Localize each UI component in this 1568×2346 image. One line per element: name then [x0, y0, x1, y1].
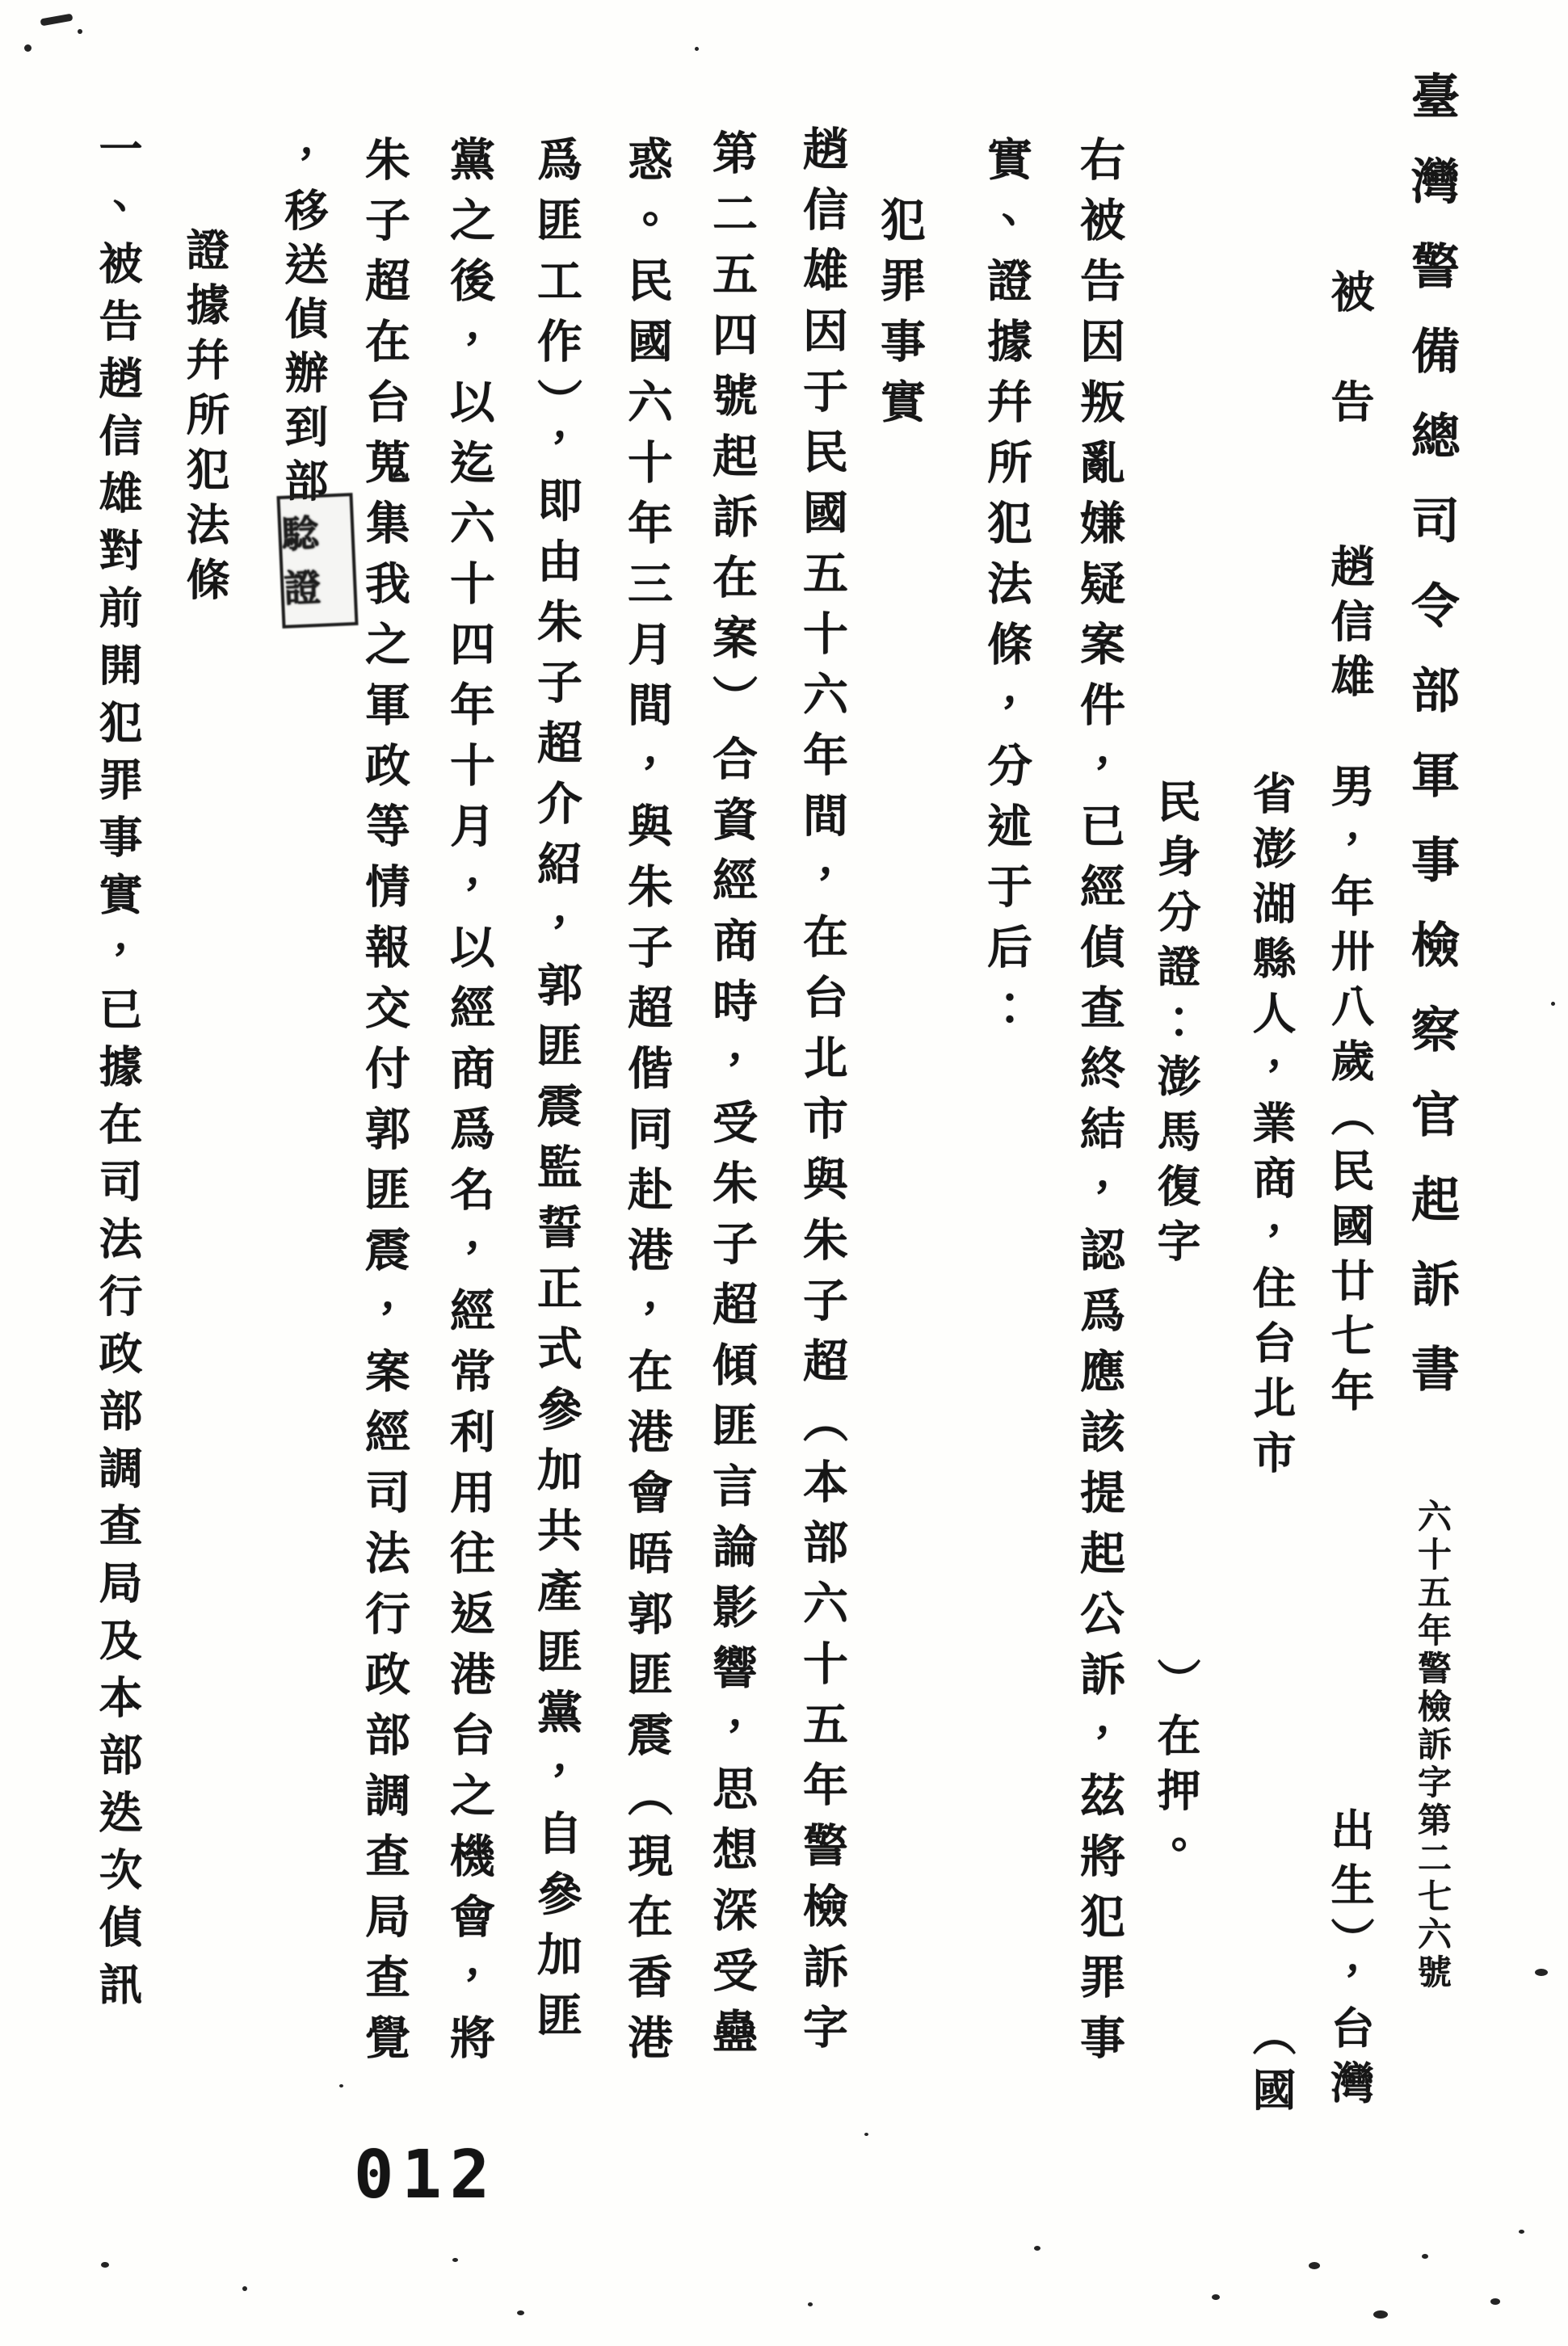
- facts-line-6: 朱子超在台蒐集我之軍政等情報交付郭匪震，案經司法行政部調查局查覺: [361, 136, 406, 2075]
- noise-speckle: [78, 29, 82, 34]
- facts-line-4: 爲匪工作），即由朱子超介紹，郭匪震監誓正式參加共產匪黨，自參加匪: [533, 136, 578, 2052]
- section-heading-criminal-facts: 犯罪事實: [876, 196, 922, 439]
- seal-stamp: 騐證: [276, 493, 358, 629]
- facts-line-5: 黨之後，以迄六十四年十月，以經商爲名，經常利用往返港台之機會，將: [446, 136, 491, 2075]
- facts-line-7: ，移送偵辦到部: [281, 133, 325, 512]
- facts-line-2: 第二五四號起訴在案）合資經商時，受朱子超傾匪言論影響，思想深受蠱: [708, 129, 754, 2068]
- noise-speckle: [339, 2084, 343, 2087]
- noise-speckle: [1422, 2254, 1428, 2259]
- noise-speckle: [1490, 2298, 1500, 2305]
- seal-stamp-text: 騐證: [280, 506, 355, 616]
- noise-speckle: [1519, 2230, 1524, 2234]
- evidence-item-1: 一、被告趙信雄對前開犯罪事實，已據在司法行政部調查局及本部迭次偵訊: [95, 126, 139, 2019]
- facts-line-3: 惑。民國六十年三月間，與朱子超偕同赴港，在港會晤郭匪震（現在香港: [624, 136, 669, 2075]
- noise-speckle: [695, 47, 699, 51]
- defendant-info-line-2: 省澎湖縣人，業商，住台北市 （國: [1249, 771, 1293, 2122]
- facts-line-1: 趙信雄因于民國五十六年間，在台北市與朱子超（本部六十五年警檢訴字: [799, 125, 844, 2064]
- noise-speckle: [864, 2133, 868, 2136]
- noise-speckle: [517, 2310, 524, 2315]
- document-title: 臺灣警備總司令部軍事檢察官起訴書: [1407, 71, 1456, 1428]
- noise-speckle: [452, 2258, 458, 2262]
- noise-speckle: [1034, 2246, 1040, 2251]
- noise-speckle: [1373, 2310, 1388, 2319]
- noise-speckle: [242, 2286, 247, 2291]
- defendant-info-line-1: 被 告 趙信雄 男，年卅八歲（民國廿七年 出生），台灣: [1327, 269, 1371, 2115]
- noise-speckle: [1309, 2262, 1320, 2269]
- page-number: 012: [354, 2137, 498, 2214]
- noise-speckle: [808, 2302, 813, 2306]
- preamble-line-2: 實、證據幷所犯法條，分述于后：: [983, 136, 1028, 1045]
- defendant-info-line-3: 民身分證：澎馬復字 ）在押。: [1154, 779, 1197, 1877]
- case-number: 六十五年警檢訴字第二七六號: [1415, 1499, 1449, 1992]
- noise-speckle: [1551, 1002, 1555, 1006]
- noise-speckle: [40, 14, 74, 27]
- preamble-line-1: 右被告因叛亂嫌疑案件，已經偵查終結，認爲應該提起公訴，茲將犯罪事: [1076, 136, 1121, 2075]
- noise-speckle: [1535, 1969, 1548, 1976]
- section-heading-evidence-law: 證據幷所犯法條: [183, 227, 226, 612]
- noise-speckle: [101, 2262, 109, 2268]
- scanned-indictment-page: 臺灣警備總司令部軍事檢察官起訴書 六十五年警檢訴字第二七六號 被 告 趙信雄 男…: [0, 0, 1568, 2346]
- noise-speckle: [24, 44, 32, 52]
- noise-speckle: [1212, 2294, 1220, 2300]
